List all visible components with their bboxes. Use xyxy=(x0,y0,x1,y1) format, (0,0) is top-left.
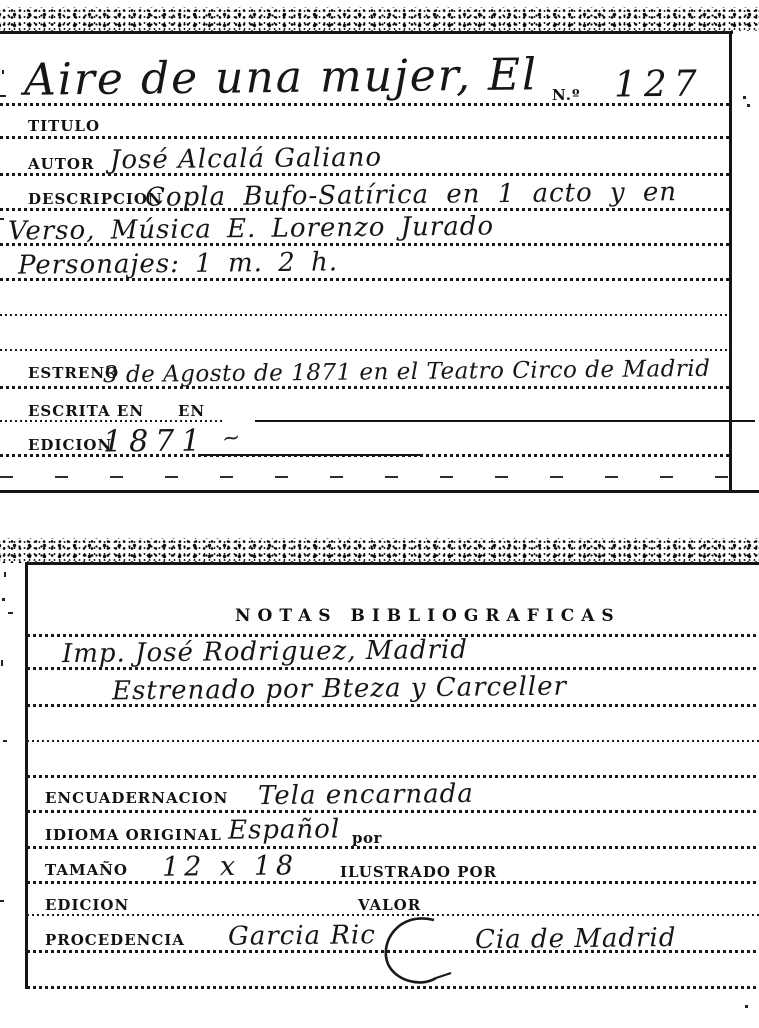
notas-bibliograficas-header: NOTAS BIBLIOGRAFICAS xyxy=(235,606,621,626)
card2-top-border xyxy=(25,562,759,565)
card1-top-border xyxy=(0,31,733,34)
scan-artifact xyxy=(0,900,4,902)
rule xyxy=(27,810,759,813)
card1-bottom-border xyxy=(0,490,759,493)
edicion-value: 1871 xyxy=(103,423,208,459)
scan-artifact xyxy=(4,572,6,577)
escrita-en-label: ESCRITA EN xyxy=(28,402,144,420)
scan-artifact xyxy=(2,70,4,74)
scanned-catalog-card-page: Aire de una mujer, El N.º 127 TITULO AUT… xyxy=(0,0,759,1028)
circular-scan-mark xyxy=(378,916,468,990)
rule xyxy=(27,881,759,884)
scan-artifact xyxy=(2,598,5,601)
titulo-label: TITULO xyxy=(28,117,100,135)
rule xyxy=(27,740,759,742)
scan-artifact xyxy=(3,740,7,742)
valor-label: VALOR xyxy=(358,896,421,914)
scan-artifact xyxy=(0,218,4,220)
rule xyxy=(200,454,420,456)
edicion-label: EDICION xyxy=(28,436,112,454)
procedencia-label: PROCEDENCIA xyxy=(45,931,185,949)
ilustrado-por-label: ILUSTRADO POR xyxy=(340,863,497,881)
tamano-label: TAMAÑO xyxy=(45,861,128,879)
procedencia-value-left: Garcia Ric xyxy=(228,920,376,952)
descripcion-line1: Copla Bufo-Satírica en 1 acto y en xyxy=(145,177,677,213)
title-handwritten: Aire de una mujer, El xyxy=(24,49,539,105)
autor-label: AUTOR xyxy=(28,155,94,173)
estreno-value: 3 de Agosto de 1871 en el Teatro Circo d… xyxy=(103,356,711,388)
card1-right-border xyxy=(729,31,732,492)
scan-artifact xyxy=(747,104,750,107)
en-label: EN xyxy=(178,402,205,420)
idioma-original-value: Español xyxy=(228,814,340,845)
rule xyxy=(27,846,759,849)
tamano-value: 12 x 18 xyxy=(162,850,298,882)
scan-noise-band-top xyxy=(0,7,759,31)
scan-artifact xyxy=(745,1005,748,1008)
rule xyxy=(0,476,759,478)
number-label: N.º xyxy=(552,86,580,104)
por-label: por xyxy=(352,829,382,847)
descripcion-label: DESCRIPCION xyxy=(28,190,163,208)
edicion2-label: EDICION xyxy=(45,896,129,914)
rule xyxy=(0,420,222,422)
rule xyxy=(255,420,755,422)
autor-value: José Alcalá Galiano xyxy=(110,143,382,176)
descripcion-line3: Personajes: 1 m. 2 h. xyxy=(18,247,338,280)
nota-line2: Estrenado por Bteza y Carceller xyxy=(112,672,567,707)
nota-line1: Imp. José Rodriguez, Madrid xyxy=(62,635,468,669)
rule xyxy=(0,349,731,351)
scan-noise-band-middle xyxy=(0,538,759,563)
scan-artifact xyxy=(1,660,3,666)
pencil-squiggle: ~ xyxy=(220,425,242,452)
rule xyxy=(0,136,731,139)
scan-artifact xyxy=(8,612,13,614)
procedencia-value-right: Cia de Madrid xyxy=(475,923,677,955)
encuadernacion-label: ENCUADERNACION xyxy=(45,789,228,807)
scan-artifact xyxy=(0,95,6,97)
number-value: 127 xyxy=(614,64,704,106)
descripcion-line2: Verso, Música E. Lorenzo Jurado xyxy=(8,211,494,246)
encuadernacion-value: Tela encarnada xyxy=(258,779,474,811)
rule xyxy=(27,775,759,778)
rule xyxy=(0,314,731,316)
scan-artifact xyxy=(743,96,746,99)
idioma-original-label: IDIOMA ORIGINAL xyxy=(45,826,222,844)
